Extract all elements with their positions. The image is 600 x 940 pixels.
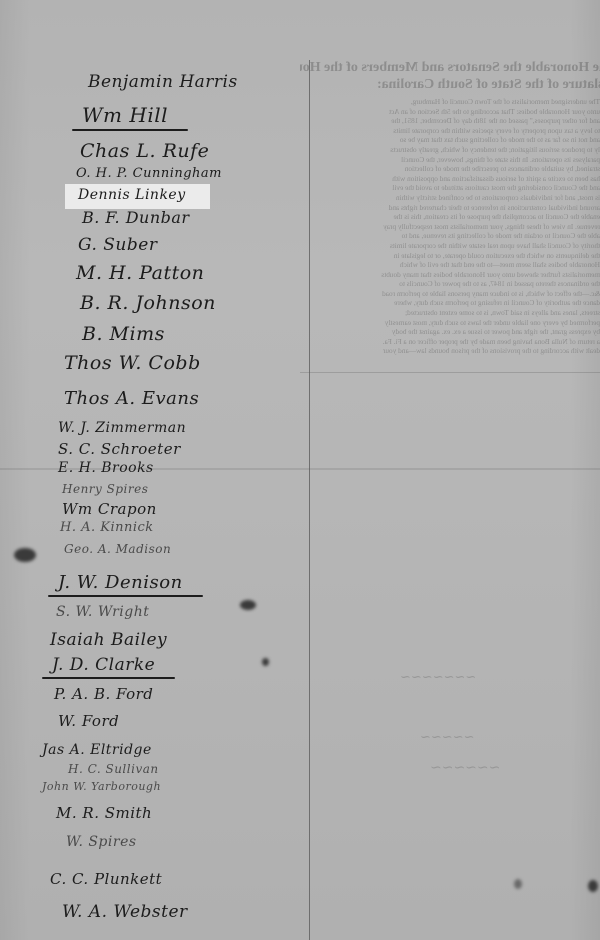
signature: Isaiah Bailey [50,630,167,650]
signature: J. D. Clarke [52,655,155,675]
bleed-line: thority of Council shall have upon real … [300,241,600,251]
bleed-rule [300,372,600,373]
bleed-line: and the Council considering the most cau… [300,183,600,193]
signature: Henry Spires [62,482,148,496]
bleed-line: around individual constructions in refer… [300,203,600,213]
document-page: To the Honorable the Senators and Member… [0,0,600,940]
signature: M. R. Smith [56,804,152,822]
signature: Thos W. Cobb [64,352,201,374]
signature: S. W. Wright [56,604,149,620]
bleed-line: ly to produce serious litigation; the te… [300,145,600,155]
signature: W. Spires [66,834,137,850]
bleed-line: memorialists further shewed unto your Ho… [300,270,600,280]
bleed-line: the delinquents on which the execution c… [300,251,600,261]
signature: Wm Crapon [62,500,157,518]
bleed-line: is most, and for individuals corporation… [300,193,600,203]
bleed-line: has been to excite a spirit of serious d… [300,174,600,184]
bleed-line: and for other purposes," passed on the 1… [300,116,600,126]
ink-blot [588,880,598,892]
bleed-line: &c.—the effect of which, is to induce ma… [300,289,600,299]
signature: B. R. Johnson [80,292,216,314]
bleed-line: dance the authority of Council in refusi… [300,298,600,308]
signature: John W. Yarborough [42,780,161,793]
signature: E. H. Brooks [58,460,154,476]
signature: Chas L. Rufe [80,140,209,162]
signature: M. H. Patton [76,262,204,284]
bleed-line: able the Council to ordain the mode of c… [300,231,600,241]
signature-list: Benjamin HarrisWm HillChas L. RufeO. H. … [0,0,310,940]
ink-blot [262,658,269,666]
signature: Geo. A. Madison [64,542,171,556]
bleed-line: paralyses its operations. In this state … [300,155,600,165]
signature: S. C. Schroeter [58,440,181,458]
bleed-line: the ordinances thereto passed in 1847, a… [300,279,600,289]
bleed-line: The undersigned memorialists of the Town… [300,97,600,107]
ink-blot [14,548,36,562]
signature: H. C. Sullivan [68,762,159,776]
bleed-line: by express grant, the right and power to… [300,327,600,337]
bleed-line: unto your Honorable bodies: That accordi… [300,107,600,117]
signature: J. W. Denison [58,572,183,593]
signature: H. A. Kinnick [60,520,154,535]
signature: B. Mims [82,323,165,345]
bleed-through-signature: ~~~~~ [420,730,474,745]
signature: Wm Hill [82,103,168,127]
bleed-line: streets, lanes and alleys in said Town, … [300,308,600,318]
ink-blot [240,600,256,610]
signature: Thos A. Evans [64,388,199,409]
bleed-line: strained, by suitable ordinances to pres… [300,164,600,174]
bleed-through-signature: ~~~~~~ [430,760,500,776]
ink-blot [514,879,522,889]
bleed-through-print: To the Honorable the Senators and Member… [300,60,600,370]
signature: W. J. Zimmerman [58,420,186,436]
bleed-through-signature: ~~~~~~~ [400,670,476,685]
bleed-heading-2: Legislature of the State of South Caroli… [300,77,600,93]
signature: B. F. Dunbar [82,208,190,227]
signature: W. Ford [58,712,119,730]
bleed-line: revenue. In view of these things, your m… [300,222,600,232]
bleed-line: a return of Nulla Bona having been made … [300,337,600,347]
bleed-line: to levy a tax upon property of every spe… [300,126,600,136]
bleed-line: enable the Council to accomplish the pur… [300,212,600,222]
signature-highlighted: Dennis Linkey [78,187,186,203]
bleed-line: and not in so far as to the mode of coll… [300,135,600,145]
bleed-line: Honorable bodies shall seem meet—to the … [300,260,600,270]
signature: C. C. Plunkett [50,870,162,888]
bleed-line: dealt with according to the provisions o… [300,346,600,356]
signature: Jas A. Eltridge [42,742,152,758]
bleed-paragraphs: The undersigned memorialists of the Town… [300,97,600,356]
bleed-line: performed by every one liable under the … [300,318,600,328]
signature: Benjamin Harris [88,72,238,92]
signature: W. A. Webster [62,902,188,922]
signature: G. Suber [78,235,157,255]
signature: P. A. B. Ford [54,685,153,703]
signature: O. H. P. Cunningham [76,166,222,181]
bleed-heading-1: To the Honorable the Senators and Member… [300,60,600,76]
